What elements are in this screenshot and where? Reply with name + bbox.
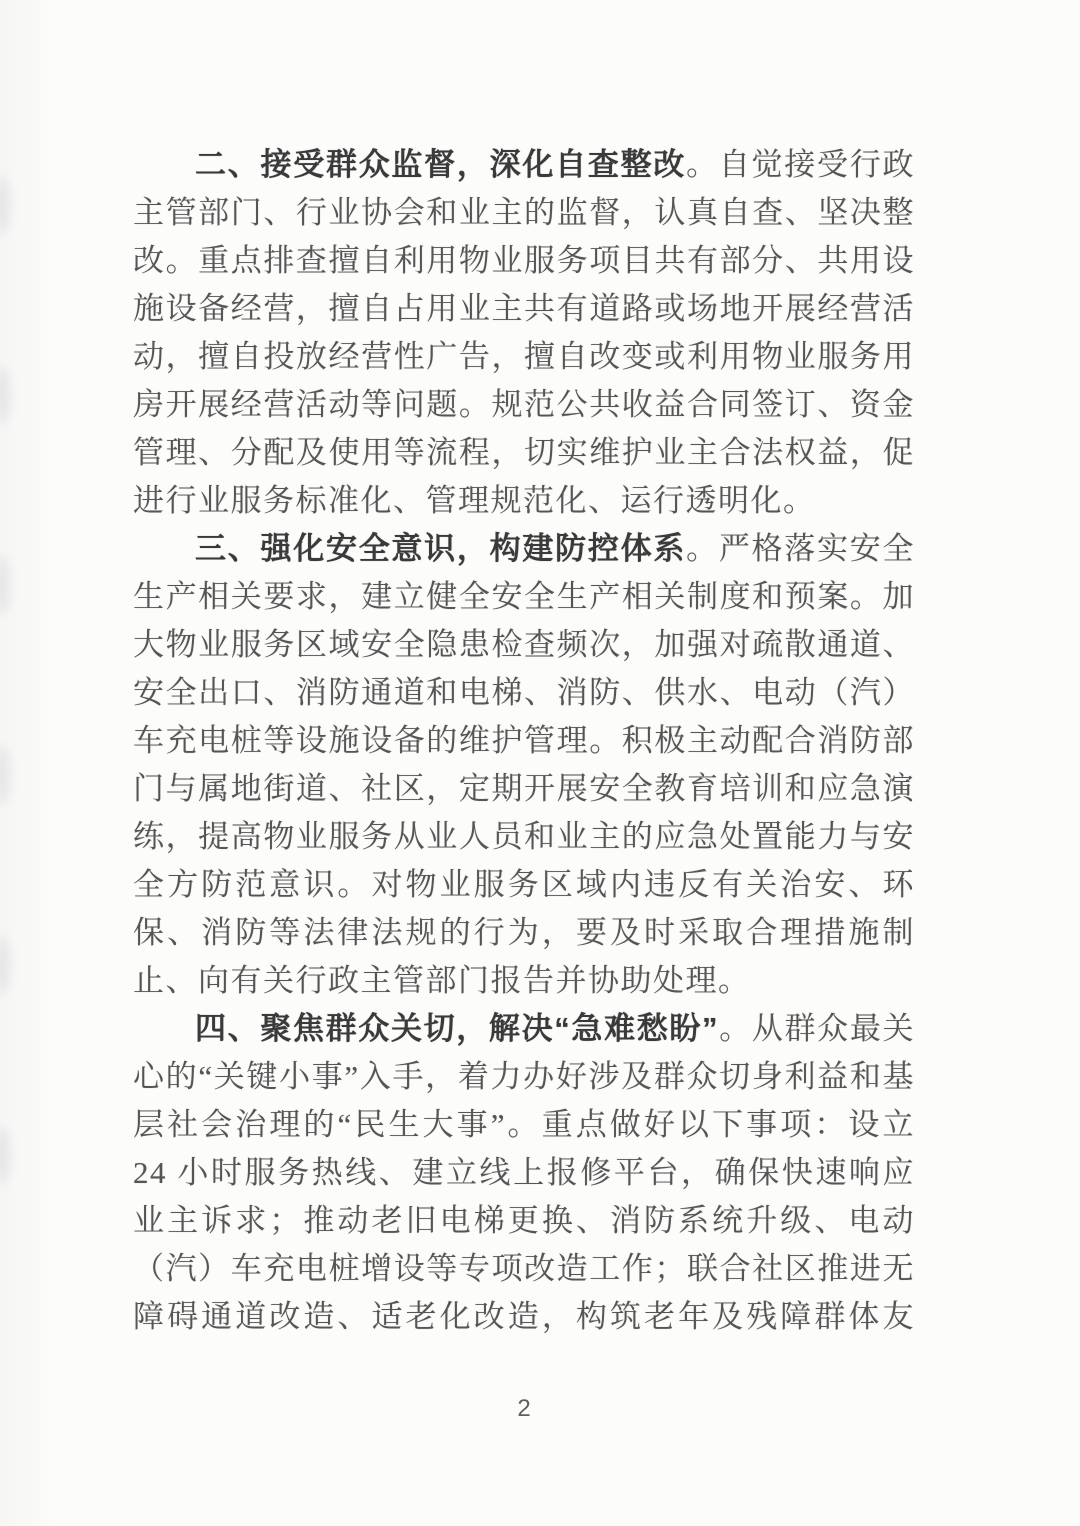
paragraph-section-3: 三、强化安全意识，构建防控体系。严格落实安全生产相关要求，建立健全安全生产相关制… [133, 525, 915, 1005]
scan-smudge [0, 1126, 10, 1184]
scan-smudge [0, 176, 10, 234]
document-body: 二、接受群众监督，深化自查整改。自觉接受行政主管部门、行业协会和业主的监督，认真… [133, 141, 915, 1341]
section-2-body-text: 。自觉接受行政主管部门、行业协会和业主的监督，认真自查、坚决整改。重点排查擅自利… [133, 147, 915, 518]
section-3-body-text: 。严格落实安全生产相关要求，建立健全安全生产相关制度和预案。加大物业服务区域安全… [133, 531, 915, 998]
paragraph-section-2: 二、接受群众监督，深化自查整改。自觉接受行政主管部门、行业协会和业主的监督，认真… [133, 141, 915, 525]
page-number: 2 [133, 1394, 915, 1424]
scan-smudge [0, 366, 10, 424]
section-4-heading: 四、聚焦群众关切，解决“急难愁盼” [195, 1011, 719, 1046]
section-4-body-text: 。从群众最关心的“关键小事”入手，着力办好涉及群众切身利益和基层社会治理的“民生… [133, 1011, 915, 1334]
paragraph-section-4: 四、聚焦群众关切，解决“急难愁盼”。从群众最关心的“关键小事”入手，着力办好涉及… [133, 1005, 915, 1341]
scan-smudge [0, 936, 10, 994]
scanned-document-page: 二、接受群众监督，深化自查整改。自觉接受行政主管部门、行业协会和业主的监督，认真… [0, 0, 1080, 1526]
scan-smudge [0, 556, 10, 614]
section-3-heading: 三、强化安全意识，构建防控体系 [195, 531, 686, 566]
scan-smudge [0, 746, 10, 804]
section-2-heading: 二、接受群众监督，深化自查整改 [195, 147, 686, 182]
